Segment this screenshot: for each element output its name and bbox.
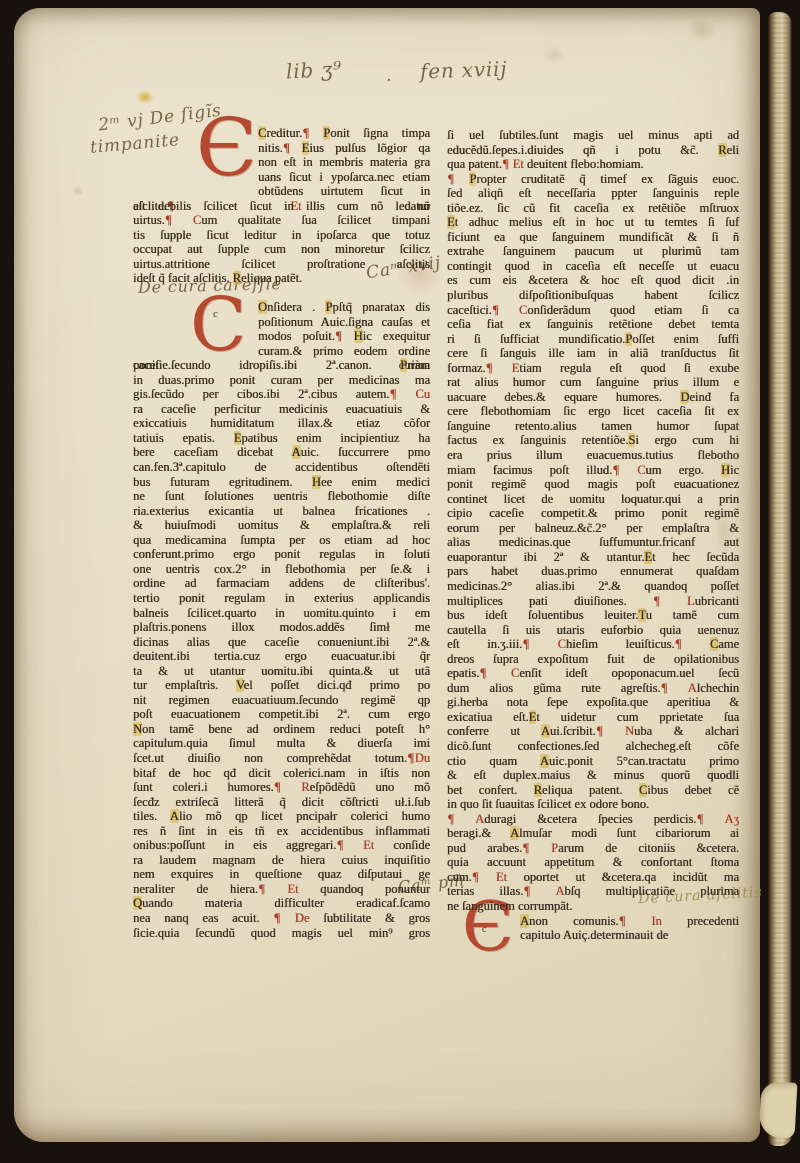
right-paragraph-2: Anon comunis.¶ In precedenticapitulo Aui… xyxy=(447,914,739,943)
underlying-leaf-corner xyxy=(759,1081,798,1139)
printed-text-line: ficiunt ea que ſanguinem mundificãt & ſi… xyxy=(447,230,739,245)
printed-text-line: era prius illum euacuemus.tutius fleboth… xyxy=(447,448,739,463)
printed-text-line: continet licet de uomitu loquatur.qui a … xyxy=(447,492,739,507)
printed-text-line: ne ſunt ſolutiones uentris flebothomie d… xyxy=(133,489,430,504)
printed-text-line: occupat aut ſupple cum non minoretur ſci… xyxy=(133,242,430,257)
printed-text-line: miam facimus poſt illud.¶ Cum ergo. Hic xyxy=(447,463,739,478)
printed-text-line: nem exquires in queſtione quaz diſputaui… xyxy=(133,867,430,882)
printed-text-line: tiles. Alio mõ qp licet pncipałr coleric… xyxy=(133,809,430,824)
printed-text-line: eorum per balneuz.&c̃.2° per emplaſtra & xyxy=(447,521,739,536)
printed-text-line: ra caceſie perficitur medicinis euacuati… xyxy=(133,402,430,417)
brown-stain xyxy=(542,46,566,64)
printed-text-line: onibus:poſſunt in eis aggregari.¶ Et con… xyxy=(133,838,430,853)
printed-text-line: ra laudem magnam de hiera cuius inquiſit… xyxy=(133,853,430,868)
printed-text-line: curam.& primo eodem ordine ponit curàm xyxy=(133,344,430,359)
printed-text-line: ¶ Propter cruditatẽ q̃ timef ex ſãguis e… xyxy=(447,172,739,187)
printed-text-line: nit regimen euacuatiuum.ſecundo regimẽ q… xyxy=(133,693,430,708)
printed-text-line: qua patent.¶ Et deuitent flebo:homiam. xyxy=(447,157,739,172)
printed-text-line: caceſie.ſecundo idropiſis.ibi 2ª.canon. … xyxy=(133,358,430,373)
printed-text-line: can.fen.3ª.capitulo de accidentibus oſte… xyxy=(133,460,430,475)
printed-text-line: eſt in.ʒ.iii.¶ Chieſim leuiſticus.¶ Came xyxy=(447,637,739,652)
left-text-column: Creditur.¶ Ponit ſigna timpanitis.¶ Eius… xyxy=(133,126,430,940)
right-text-column: ſi uel ſubtiles.ſunt magis uel minus apt… xyxy=(447,128,739,944)
printed-text-line: ideſt q̃ facit aſclitis. Reliqua patẽt. xyxy=(133,271,430,286)
printed-text-line: contingit quod in caceſia eſt neceſſe ut… xyxy=(447,259,739,274)
printed-text-line: dreos ſupra expoſitum fuit de opilationi… xyxy=(447,652,739,667)
printed-text-line: cum.¶ Et oportet ut &cetera.qa incidũt m… xyxy=(447,870,739,885)
printed-text-line: balneis ſcilicet.quarto in uomitu.quinto… xyxy=(133,606,430,621)
printed-text-line: ſanguine retento.alius tamen humor ſupat xyxy=(447,419,739,434)
printed-text-line: ctio quam Auic.ponit 5°can.tractatu prim… xyxy=(447,754,739,769)
printed-text-line: pud arabes.¶ Parum de citoniis &cetera. xyxy=(447,841,739,856)
printed-text-line: ponit regimẽ quod magis poſt euacuatione… xyxy=(447,477,739,492)
left-paragraph-1: Creditur.¶ Ponit ſigna timpanitis.¶ Eius… xyxy=(133,126,430,286)
printed-text-line: tiõe.ez. ſic cũ fit caceſia ex retẽtiõe … xyxy=(447,201,739,216)
printed-text-line: multiplices pati diuiſiones. ¶ Lubricant… xyxy=(447,594,739,609)
printed-text-line: rat alius humor cum ſanguine prius illum… xyxy=(447,375,739,390)
printed-text-line: poſt euacuationem competit.ibi 2ª. cum e… xyxy=(133,707,430,722)
marginalia-book-number: lib ʒ⁹ xyxy=(285,57,342,84)
printed-text-line: ¶ Aduragi &cetera ſpecies perdicis.¶ Aʒ xyxy=(447,812,739,827)
printed-text-line: conferre ut Aui.ſcribit.¶ Nuba & alchari xyxy=(447,724,739,739)
printed-text-line: es cum eis &cetera & hoc eſt quod dicit … xyxy=(447,273,739,288)
printed-text-line: factus ex ſanguinis retentiõe.Si ergo cu… xyxy=(447,433,739,448)
printed-text-line: in duas.primo ponit curam per medicinas … xyxy=(133,373,430,388)
printed-text-line: ſed aliqñ eſt neceſſaria ppter ſanguinis… xyxy=(447,186,739,201)
printed-text-line: bere caceſiam dicebat Auic. ſuccurrere p… xyxy=(133,445,430,460)
printed-text-line: ſicie.quia ſecundũ quod magis uel min⁹ g… xyxy=(133,926,430,941)
printed-text-line: bus ideſt ſoluentibus leuiter.Tu tamẽ cu… xyxy=(447,608,739,623)
printed-text-line: capitulum.quia ſimul multa & diuerſa imi xyxy=(133,736,430,751)
printed-text-line: conferunt.primo ergo ponit regulas in ſo… xyxy=(133,547,430,562)
printed-text-line: tertio ponit regulam in exterius applica… xyxy=(133,591,430,606)
printed-text-line: terias illas.¶ Abſq multiplicatiõe pluri… xyxy=(447,884,739,899)
printed-text-line: beragi.& Almuſar modi ſunt cibariorum ai xyxy=(447,826,739,841)
printed-text-line: pars habet duas.primo ennumerat quaſdam xyxy=(447,564,739,579)
printed-text-line: plaſtris.ponens illox modos.addẽs ſimł m… xyxy=(133,620,430,635)
marginalia-separator-dot: · xyxy=(386,70,393,91)
printed-text-line: bus futuram egritudinem. Hee enim medici xyxy=(133,475,430,490)
printed-text-line: uirtus.attritione ſcilicet proſtratione … xyxy=(133,257,430,272)
initial-indent-spacer xyxy=(447,914,520,944)
printed-text-line: nea nanq eas acuit. ¶ De ſubtilitate & g… xyxy=(133,911,430,926)
printed-text-line: & eſt duplex.maius & minus quorũ quodli xyxy=(447,768,739,783)
printed-text-line: cere flebothomiam ſic ergo licet caceſia… xyxy=(447,404,739,419)
printed-text-line: qua medicamina ſumpta per os etiam ad ho… xyxy=(133,533,430,548)
book-fore-edge xyxy=(768,12,792,1146)
printed-text-line: cautella ſi uis utaris euforbio quia uen… xyxy=(447,623,739,638)
printed-text-line: bitaf de hoc qđ dicit colerici.nam in iſ… xyxy=(133,766,430,781)
initial-indent-spacer xyxy=(133,300,258,344)
printed-text-line: Non tamẽ bene ad ordinem reduci poteſt h… xyxy=(133,722,430,737)
printed-text-line: exiccatiuis humiditatum illax.& etiaz cõ… xyxy=(133,416,430,431)
printed-text-line: dum alios gũma rute agreſtis.¶ Alchechin xyxy=(447,681,739,696)
printed-text-line: extrahe ſanguinem paucum ut plurimũ tam xyxy=(447,244,739,259)
printed-text-line: neraliter de hiera.¶ Et quandoq ponuntur xyxy=(133,882,430,897)
printed-text-line: ceſia fiat ex ſanguinis retẽtione debet … xyxy=(447,317,739,332)
printed-text-line: in quo ſit ſuauitas ſcilicet ex odore bo… xyxy=(447,797,739,812)
printed-text-line: pluribus diſpoſitionibuſquas habent ſcil… xyxy=(447,288,739,303)
printed-text-line: eſt debilis ſcilicet ſicut in illis cum … xyxy=(133,199,430,214)
printed-text-line: ſcet.ut diuiſio non comprehẽdat totum.¶D… xyxy=(133,751,430,766)
printed-text-line: ne ſanguinem corrumpãt. xyxy=(447,899,739,914)
printed-text-line: ordine ad farmaciam addens de cliſteribu… xyxy=(133,576,430,591)
printed-text-line: tur emplaſtris. Vel poſſet dici.qđ primo… xyxy=(133,678,430,693)
printed-text-line: cipio caceſie competit.& primo ponit reg… xyxy=(447,506,739,521)
printed-text-line: caceſtici.¶ Conſiderãdum quod etiam ſi c… xyxy=(447,303,739,318)
printed-text-line: euaporantur ibi 2ª & utantur.Et hec ſecũ… xyxy=(447,550,739,565)
marginalia-fen-number: fen xviij xyxy=(420,56,508,83)
left-paragraph-2-lines: Onſidera . Ppſtq̃ pnaratax dispoſitionum… xyxy=(133,300,430,940)
right-paragraph-1-lines: ſi uel ſubtiles.ſunt magis uel minus apt… xyxy=(447,128,739,914)
photo-background: 2ᵐ vj De ſigĩs timpanite lib ʒ⁹ · fen xv… xyxy=(0,0,800,1163)
printed-text-line: ſi uel ſubtiles.ſunt magis uel minus apt… xyxy=(447,128,739,143)
printed-text-line: gi.herba nota ſepe expoſita.que aperitiu… xyxy=(447,695,739,710)
printed-text-line: ri ſi ſufficiat mundificatio.Poſſet enim… xyxy=(447,332,739,347)
printed-text-line: medicinas.2° alias.ibi 2ª.& quandoq poſſ… xyxy=(447,579,739,594)
manuscript-page: 2ᵐ vj De ſigĩs timpanite lib ʒ⁹ · fen xv… xyxy=(14,8,760,1142)
printed-text-line: dicõ.ſunt confectiones.ſed alchecheg.eſt… xyxy=(447,739,739,754)
printed-text-line: Et adhuc melius eſt in hoc ut tu temtes … xyxy=(447,215,739,230)
printed-text-line: & huiuſmodi uomitus & emplaſtra.& reli xyxy=(133,518,430,533)
brown-stain xyxy=(72,186,84,196)
printed-text-line: tatiuis epatis. Epatibus enim incipienti… xyxy=(133,431,430,446)
printed-text-line: ſunt coleri.i humores.¶ Reſpõdẽdũ uno mõ xyxy=(133,780,430,795)
printed-text-line: uirtus.¶ Cum qualitate ſua ſcilicet timp… xyxy=(133,213,430,228)
printed-text-line: obtũdens uirtutem ſicut in aſclite.¶ Et … xyxy=(133,184,430,199)
printed-text-line: uacuare debes.& equare humores. Deinđ fa xyxy=(447,390,739,405)
brown-stain xyxy=(686,18,718,42)
printed-text-line: one uentris cox.2° in flebothomia per ſe… xyxy=(133,562,430,577)
printed-text-line: Quando materia difficulter eradicaf.ſcam… xyxy=(133,896,430,911)
printed-text-line: epatis.¶ Cenſit ideſt opoponacum.uel ſec… xyxy=(447,666,739,681)
printed-text-line: deuitent.ibi tertia.cuz ergo euacuatur.i… xyxy=(133,649,430,664)
yellow-stain xyxy=(136,90,154,104)
printed-text-line: res ñ ſint in eis tñ ex accidentibus inf… xyxy=(133,824,430,839)
printed-text-line: tis ſupple ſicut leditur in ipoſarca que… xyxy=(133,228,430,243)
right-paragraph-1: ſi uel ſubtiles.ſunt magis uel minus apt… xyxy=(447,128,739,914)
printed-text-line: ria.exterius exicantia ut balnea fricati… xyxy=(133,504,430,519)
printed-text-line: cere ſi ſanguis ille iam in aliã tranſdu… xyxy=(447,346,739,361)
printed-text-line: ſecđz extriſecã litterã q̃ dicit cõſtric… xyxy=(133,795,430,810)
left-paragraph-2: Onſidera . Ppſtq̃ pnaratax dispoſitionum… xyxy=(133,300,430,940)
printed-text-line: ta & ut utantur uomitu.ibi quinta.& ut u… xyxy=(133,664,430,679)
printed-text-line: dicinas alias que caceſie conueniunt.ibi… xyxy=(133,635,430,650)
printed-text-line: alias medicinas.que ſuffumuntur.fricanf … xyxy=(447,535,739,550)
printed-text-line: bet confert. Reliqua patent. Cibus debet… xyxy=(447,783,739,798)
initial-indent-spacer xyxy=(133,126,258,185)
printed-text-line: quia accuunt appetitum & confortant ſtom… xyxy=(447,855,739,870)
printed-text-line: educẽdũ.ſepes.i.diuides qñ i potu &c̃. R… xyxy=(447,143,739,158)
printed-text-line: gis.ſecũdo per cibos.ibi 2ª.cibus autem.… xyxy=(133,387,430,402)
printed-text-line: formaz.¶ Etiam regula eſt quod ſi exube xyxy=(447,361,739,376)
printed-text-line: exicatiua eſt.Et uidetur cum pprietate ſ… xyxy=(447,710,739,725)
